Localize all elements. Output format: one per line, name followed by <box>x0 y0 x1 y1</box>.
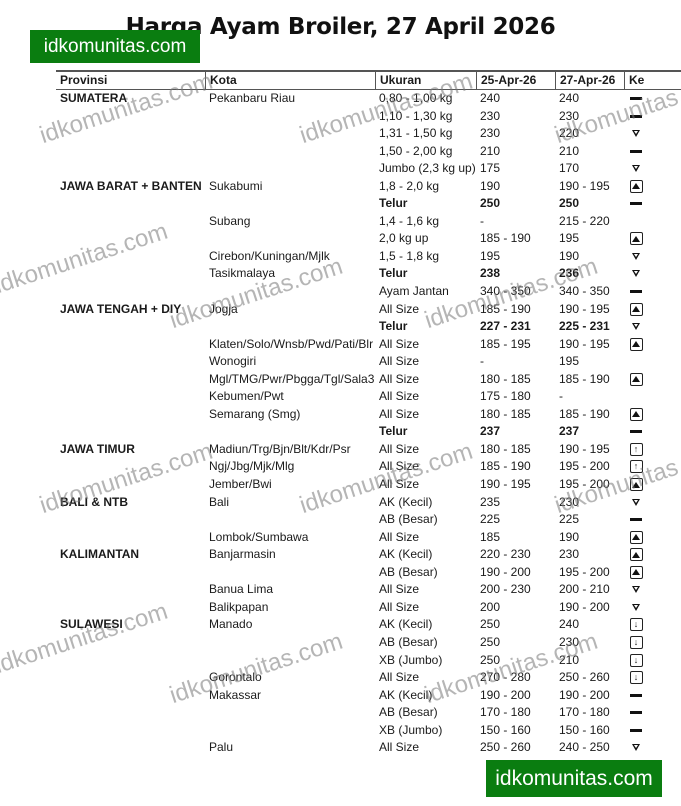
size-cell: Telur <box>379 423 407 441</box>
table-row: GorontaloAll Size270 - 280250 - 260 <box>56 669 681 687</box>
table-header: Provinsi Kota Ukuran 25-Apr-26 27-Apr-26… <box>56 70 681 90</box>
price-date-1-cell: 227 - 231 <box>480 318 531 336</box>
size-cell: All Size <box>379 476 419 494</box>
flat-icon <box>630 290 642 293</box>
flat-icon <box>630 729 642 732</box>
ket-cell <box>628 248 644 265</box>
table-row: SULAWESIManadoAK (Kecil)250240 <box>56 616 681 634</box>
boxed-triangle-up-icon <box>630 478 643 491</box>
price-date-2-cell: 237 <box>559 423 579 441</box>
flat-icon <box>630 694 642 697</box>
boxed-triangle-up-icon <box>630 180 643 193</box>
price-date-2-cell: 220 <box>559 125 579 143</box>
boxed-triangle-up-icon <box>630 531 643 544</box>
price-date-1-cell: 190 - 195 <box>480 476 531 494</box>
triangle-down-icon <box>632 744 640 751</box>
size-cell: AB (Besar) <box>379 634 438 652</box>
size-cell: Ayam Jantan <box>379 283 449 301</box>
size-cell: 1,4 - 1,6 kg <box>379 213 439 231</box>
table-row: AB (Besar)250230 <box>56 634 681 652</box>
price-date-1-cell: 190 <box>480 178 500 196</box>
city-cell: Madiun/Trg/Bjn/Blt/Kdr/Psr <box>209 441 351 459</box>
price-date-1-cell: 180 - 185 <box>480 441 531 459</box>
boxed-arrow-down-icon <box>630 636 643 649</box>
size-cell: Telur <box>379 318 407 336</box>
size-cell: All Size <box>379 581 419 599</box>
price-date-1-cell: 185 <box>480 529 500 547</box>
boxed-triangle-up-icon <box>630 408 643 421</box>
table-row: WonogiriAll Size-195 <box>56 353 681 371</box>
size-cell: 1,50 - 2,00 kg <box>379 143 452 161</box>
size-cell: All Size <box>379 458 419 476</box>
size-cell: All Size <box>379 336 419 354</box>
price-date-2-cell: 190 <box>559 248 579 266</box>
province-cell: JAWA TIMUR <box>60 441 135 459</box>
ket-cell <box>628 687 644 704</box>
table-row: XB (Jumbo)150 - 160150 - 160 <box>56 722 681 740</box>
province-cell: SUMATERA <box>60 90 127 108</box>
price-date-1-cell: 210 <box>480 143 500 161</box>
price-date-2-cell: - <box>559 388 563 406</box>
table-row: PaluAll Size250 - 260240 - 250 <box>56 739 681 757</box>
table-row: XB (Jumbo)250210 <box>56 652 681 670</box>
price-date-2-cell: 250 <box>559 195 579 213</box>
price-date-2-cell: 190 - 195 <box>559 336 610 354</box>
price-date-2-cell: 190 <box>559 529 579 547</box>
flat-icon <box>630 202 642 205</box>
city-cell: Makassar <box>209 687 261 705</box>
size-cell: 0,80 - 1,00 kg <box>379 90 452 108</box>
price-date-1-cell: 250 <box>480 652 500 670</box>
size-cell: All Size <box>379 599 419 617</box>
size-cell: AK (Kecil) <box>379 494 432 512</box>
ket-cell <box>628 476 644 493</box>
province-cell: BALI & NTB <box>60 494 128 512</box>
boxed-arrow-down-icon <box>630 654 643 667</box>
size-cell: All Size <box>379 739 419 757</box>
province-cell: SULAWESI <box>60 616 123 634</box>
ket-cell <box>628 108 644 125</box>
ket-cell <box>628 599 644 616</box>
ket-cell <box>628 546 644 563</box>
price-date-1-cell: 238 <box>480 265 500 283</box>
price-date-1-cell: 250 <box>480 195 500 213</box>
table-row: 2,0 kg up185 - 190195 <box>56 230 681 248</box>
province-cell: JAWA BARAT + BANTEN <box>60 178 202 196</box>
city-cell: Balikpapan <box>209 599 268 617</box>
size-cell: All Size <box>379 441 419 459</box>
price-date-1-cell: 190 - 200 <box>480 687 531 705</box>
table-row: JAWA TENGAH + DIYJogjaAll Size185 - 1901… <box>56 301 681 319</box>
price-date-1-cell: 270 - 280 <box>480 669 531 687</box>
price-date-1-cell: 150 - 160 <box>480 722 531 740</box>
table-row: Klaten/Solo/Wnsb/Pwd/Pati/BlrAll Size185… <box>56 336 681 354</box>
price-date-1-cell: 175 - 180 <box>480 388 531 406</box>
site-badge-top: idkomunitas.com <box>30 30 200 63</box>
table-body: SUMATERAPekanbaru Riau0,80 - 1,00 kg2402… <box>56 90 681 757</box>
price-date-2-cell: 240 <box>559 90 579 108</box>
table-row: SUMATERAPekanbaru Riau0,80 - 1,00 kg2402… <box>56 90 681 108</box>
table-row: BalikpapanAll Size200190 - 200 <box>56 599 681 617</box>
city-cell: Subang <box>209 213 250 231</box>
size-cell: AK (Kecil) <box>379 687 432 705</box>
boxed-arrow-down-icon <box>630 618 643 631</box>
ket-cell <box>628 494 644 511</box>
city-cell: Kebumen/Pwt <box>209 388 284 406</box>
boxed-triangle-up-icon <box>630 303 643 316</box>
triangle-down-icon <box>632 165 640 172</box>
size-cell: All Size <box>379 669 419 687</box>
table-row: AB (Besar)170 - 180170 - 180 <box>56 704 681 722</box>
ket-cell <box>628 511 644 528</box>
ket-cell <box>628 318 644 335</box>
table-row: Telur250250 <box>56 195 681 213</box>
size-cell: 1,10 - 1,30 kg <box>379 108 452 126</box>
price-date-2-cell: 230 <box>559 546 579 564</box>
price-date-1-cell: - <box>480 353 484 371</box>
price-date-2-cell: 185 - 190 <box>559 406 610 424</box>
price-date-2-cell: 170 <box>559 160 579 178</box>
boxed-triangle-up-icon <box>630 232 643 245</box>
boxed-triangle-up-icon <box>630 566 643 579</box>
price-date-1-cell: 200 - 230 <box>480 581 531 599</box>
price-date-1-cell: 250 <box>480 634 500 652</box>
size-cell: All Size <box>379 529 419 547</box>
size-cell: 1,5 - 1,8 kg <box>379 248 439 266</box>
flat-icon <box>630 97 642 100</box>
city-cell: Pekanbaru Riau <box>209 90 295 108</box>
price-date-1-cell: 237 <box>480 423 500 441</box>
flat-icon <box>630 518 642 521</box>
header-date-1: 25-Apr-26 <box>476 72 555 89</box>
table-row: Kebumen/PwtAll Size175 - 180- <box>56 388 681 406</box>
price-date-2-cell: 230 <box>559 494 579 512</box>
price-date-1-cell: 230 <box>480 108 500 126</box>
city-cell: Gorontalo <box>209 669 262 687</box>
size-cell: 1,8 - 2,0 kg <box>379 178 439 196</box>
city-cell: Banjarmasin <box>209 546 276 564</box>
price-date-2-cell: 240 <box>559 616 579 634</box>
size-cell: Telur <box>379 265 407 283</box>
table-row: JAWA BARAT + BANTENSukabumi1,8 - 2,0 kg1… <box>56 178 681 196</box>
ket-cell <box>628 213 644 230</box>
size-cell: All Size <box>379 301 419 319</box>
triangle-down-icon <box>632 586 640 593</box>
city-cell: Lombok/Sumbawa <box>209 529 308 547</box>
ket-cell <box>628 388 644 405</box>
city-cell: Sukabumi <box>209 178 262 196</box>
price-date-1-cell: 250 <box>480 616 500 634</box>
price-date-2-cell: 240 - 250 <box>559 739 610 757</box>
city-cell: Jember/Bwi <box>209 476 272 494</box>
flat-icon <box>630 150 642 153</box>
price-date-2-cell: 185 - 190 <box>559 371 610 389</box>
boxed-arrow-up-icon <box>630 460 643 473</box>
ket-cell <box>628 353 644 370</box>
price-date-1-cell: 200 <box>480 599 500 617</box>
boxed-triangle-up-icon <box>630 373 643 386</box>
city-cell: Banua Lima <box>209 581 273 599</box>
table-row: Jumbo (2,3 kg up)175170 <box>56 160 681 178</box>
price-date-2-cell: 195 <box>559 353 579 371</box>
size-cell: XB (Jumbo) <box>379 722 442 740</box>
price-date-1-cell: 185 - 190 <box>480 301 531 319</box>
table-row: JAWA TIMURMadiun/Trg/Bjn/Blt/Kdr/PsrAll … <box>56 441 681 459</box>
price-date-2-cell: 190 - 195 <box>559 441 610 459</box>
table-row: Ayam Jantan340 - 350340 - 350 <box>56 283 681 301</box>
ket-cell <box>628 230 644 247</box>
price-date-2-cell: 200 - 210 <box>559 581 610 599</box>
header-provinsi: Provinsi <box>56 72 205 89</box>
province-cell: KALIMANTAN <box>60 546 139 564</box>
table-row: Telur227 - 231225 - 231 <box>56 318 681 336</box>
size-cell: All Size <box>379 353 419 371</box>
ket-cell <box>628 143 644 160</box>
price-date-2-cell: 190 - 195 <box>559 301 610 319</box>
triangle-down-icon <box>632 253 640 260</box>
size-cell: AK (Kecil) <box>379 546 432 564</box>
ket-cell <box>628 195 644 212</box>
table-row: Mgl/TMG/Pwr/Pbgga/Tgl/Sala3All Size180 -… <box>56 371 681 389</box>
table-row: MakassarAK (Kecil)190 - 200190 - 200 <box>56 687 681 705</box>
price-date-2-cell: 195 <box>559 230 579 248</box>
table-row: Jember/BwiAll Size190 - 195195 - 200 <box>56 476 681 494</box>
ket-cell <box>628 283 644 300</box>
price-date-2-cell: 190 - 195 <box>559 178 610 196</box>
ket-cell <box>628 581 644 598</box>
price-date-1-cell: 185 - 195 <box>480 336 531 354</box>
price-date-2-cell: 190 - 200 <box>559 599 610 617</box>
price-date-2-cell: 195 - 200 <box>559 476 610 494</box>
table-row: AB (Besar)225225 <box>56 511 681 529</box>
price-date-2-cell: 230 <box>559 108 579 126</box>
table-row: Subang1,4 - 1,6 kg-215 - 220 <box>56 213 681 231</box>
table-row: BALI & NTBBaliAK (Kecil)235230 <box>56 494 681 512</box>
province-cell: JAWA TENGAH + DIY <box>60 301 181 319</box>
city-cell: Manado <box>209 616 252 634</box>
ket-cell <box>628 616 644 633</box>
flat-icon <box>630 115 642 118</box>
triangle-down-icon <box>632 323 640 330</box>
price-date-1-cell: 175 <box>480 160 500 178</box>
city-cell: Ngj/Jbg/Mjk/Mlg <box>209 458 294 476</box>
city-cell: Mgl/TMG/Pwr/Pbgga/Tgl/Sala3 <box>209 371 374 389</box>
table-row: 1,50 - 2,00 kg210210 <box>56 143 681 161</box>
city-cell: Jogja <box>209 301 238 319</box>
triangle-down-icon <box>632 604 640 611</box>
price-date-1-cell: 195 <box>480 248 500 266</box>
ket-cell <box>628 265 644 282</box>
price-date-1-cell: 180 - 185 <box>480 406 531 424</box>
triangle-down-icon <box>632 270 640 277</box>
size-cell: AB (Besar) <box>379 704 438 722</box>
price-date-1-cell: - <box>480 213 484 231</box>
price-date-2-cell: 210 <box>559 143 579 161</box>
ket-cell <box>628 125 644 142</box>
ket-cell <box>628 406 644 423</box>
price-date-2-cell: 250 - 260 <box>559 669 610 687</box>
price-date-1-cell: 185 - 190 <box>480 458 531 476</box>
ket-cell <box>628 371 644 388</box>
ket-cell <box>628 90 644 107</box>
price-date-1-cell: 180 - 185 <box>480 371 531 389</box>
city-cell: Wonogiri <box>209 353 256 371</box>
price-date-2-cell: 195 - 200 <box>559 564 610 582</box>
price-date-1-cell: 170 - 180 <box>480 704 531 722</box>
ket-cell <box>628 441 644 458</box>
price-date-1-cell: 340 - 350 <box>480 283 531 301</box>
table-row: Telur237237 <box>56 423 681 441</box>
city-cell: Cirebon/Kuningan/Mjlk <box>209 248 330 266</box>
ket-cell <box>628 669 644 686</box>
price-date-1-cell: 250 - 260 <box>480 739 531 757</box>
price-date-1-cell: 225 <box>480 511 500 529</box>
header-ukuran: Ukuran <box>375 72 476 89</box>
size-cell: All Size <box>379 388 419 406</box>
ket-cell <box>628 704 644 721</box>
boxed-arrow-down-icon <box>630 671 643 684</box>
price-date-2-cell: 195 - 200 <box>559 458 610 476</box>
price-date-2-cell: 150 - 160 <box>559 722 610 740</box>
city-cell: Tasikmalaya <box>209 265 275 283</box>
triangle-down-icon <box>632 499 640 506</box>
flat-icon <box>630 430 642 433</box>
size-cell: Telur <box>379 195 407 213</box>
table-row: TasikmalayaTelur238236 <box>56 265 681 283</box>
ket-cell <box>628 160 644 177</box>
ket-cell <box>628 458 644 475</box>
size-cell: AB (Besar) <box>379 511 438 529</box>
price-date-1-cell: 190 - 200 <box>480 564 531 582</box>
ket-cell <box>628 722 644 739</box>
boxed-triangle-up-icon <box>630 338 643 351</box>
ket-cell <box>628 564 644 581</box>
table-row: 1,31 - 1,50 kg230220 <box>56 125 681 143</box>
header-date-2: 27-Apr-26 <box>555 72 624 89</box>
table-row: Banua LimaAll Size200 - 230200 - 210 <box>56 581 681 599</box>
table-row: Lombok/SumbawaAll Size185190 <box>56 529 681 547</box>
price-date-2-cell: 215 - 220 <box>559 213 610 231</box>
size-cell: 2,0 kg up <box>379 230 428 248</box>
city-cell: Palu <box>209 739 233 757</box>
boxed-triangle-up-icon <box>630 548 643 561</box>
table-row: Semarang (Smg)All Size180 - 185185 - 190 <box>56 406 681 424</box>
header-ket: Ket <box>624 72 644 89</box>
price-date-2-cell: 236 <box>559 265 579 283</box>
ket-cell <box>628 634 644 651</box>
ket-cell <box>628 739 644 756</box>
size-cell: All Size <box>379 406 419 424</box>
price-date-2-cell: 230 <box>559 634 579 652</box>
city-cell: Semarang (Smg) <box>209 406 300 424</box>
size-cell: 1,31 - 1,50 kg <box>379 125 452 143</box>
table-row: Cirebon/Kuningan/Mjlk1,5 - 1,8 kg195190 <box>56 248 681 266</box>
triangle-down-icon <box>632 130 640 137</box>
size-cell: Jumbo (2,3 kg up) <box>379 160 476 178</box>
price-date-1-cell: 240 <box>480 90 500 108</box>
header-kota: Kota <box>205 72 375 89</box>
size-cell: AB (Besar) <box>379 564 438 582</box>
boxed-arrow-up-icon <box>630 443 643 456</box>
size-cell: All Size <box>379 371 419 389</box>
table-row: KALIMANTANBanjarmasinAK (Kecil)220 - 230… <box>56 546 681 564</box>
price-date-2-cell: 225 - 231 <box>559 318 610 336</box>
city-cell: Bali <box>209 494 229 512</box>
flat-icon <box>630 711 642 714</box>
table-row: Ngj/Jbg/Mjk/MlgAll Size185 - 190195 - 20… <box>56 458 681 476</box>
price-date-2-cell: 190 - 200 <box>559 687 610 705</box>
price-date-2-cell: 340 - 350 <box>559 283 610 301</box>
ket-cell <box>628 178 644 195</box>
city-cell: Klaten/Solo/Wnsb/Pwd/Pati/Blr <box>209 336 373 354</box>
ket-cell <box>628 652 644 669</box>
ket-cell <box>628 529 644 546</box>
price-date-1-cell: 235 <box>480 494 500 512</box>
price-date-1-cell: 220 - 230 <box>480 546 531 564</box>
price-date-2-cell: 210 <box>559 652 579 670</box>
ket-cell <box>628 423 644 440</box>
table-row: AB (Besar)190 - 200195 - 200 <box>56 564 681 582</box>
ket-cell <box>628 336 644 353</box>
size-cell: XB (Jumbo) <box>379 652 442 670</box>
price-table: Provinsi Kota Ukuran 25-Apr-26 27-Apr-26… <box>56 70 681 757</box>
site-badge-bottom: idkomunitas.com <box>486 760 662 797</box>
price-date-1-cell: 230 <box>480 125 500 143</box>
ket-cell <box>628 301 644 318</box>
size-cell: AK (Kecil) <box>379 616 432 634</box>
price-date-1-cell: 185 - 190 <box>480 230 531 248</box>
price-date-2-cell: 170 - 180 <box>559 704 610 722</box>
price-date-2-cell: 225 <box>559 511 579 529</box>
table-row: 1,10 - 1,30 kg230230 <box>56 108 681 126</box>
